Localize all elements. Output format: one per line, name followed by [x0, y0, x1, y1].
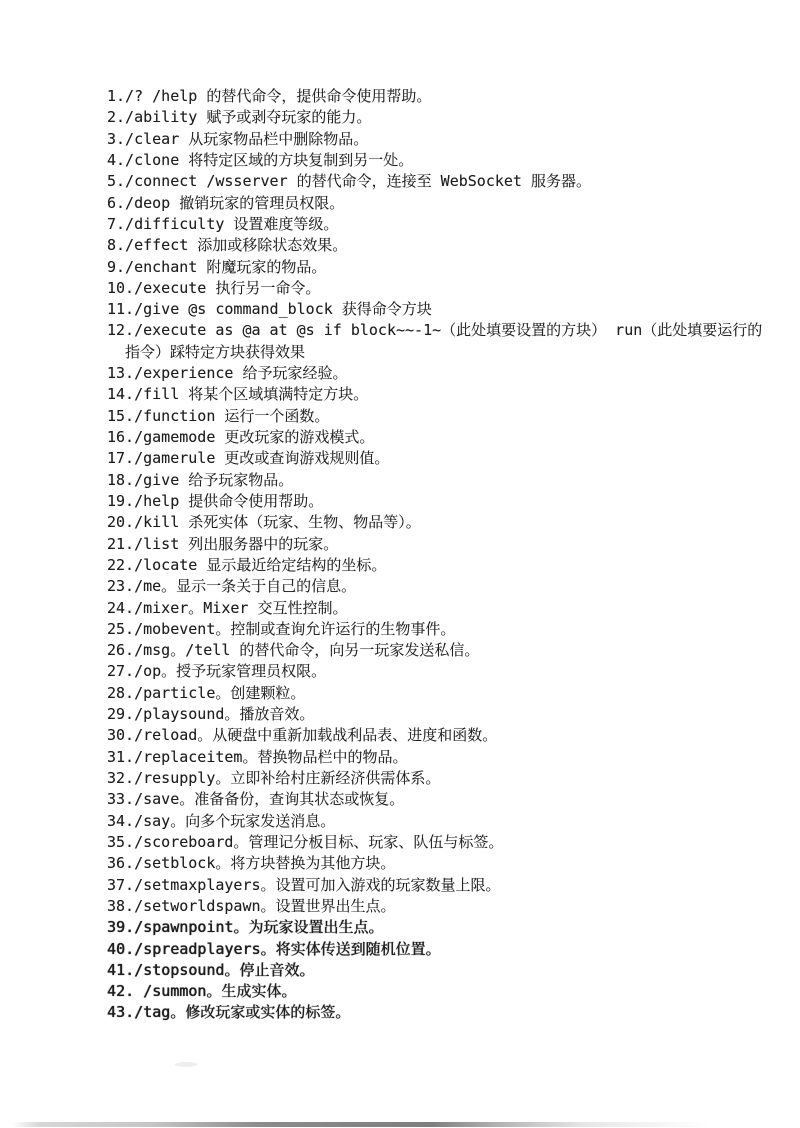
- command-line: 43./tag。修改玩家或实体的标签。: [107, 1002, 760, 1023]
- command-line: 16./gamemode 更改玩家的游戏模式。: [107, 427, 760, 448]
- command-line: 30./reload。从硬盘中重新加载战利品表、进度和函数。: [107, 725, 760, 746]
- command-line: 39./spawnpoint。为玩家设置出生点。: [107, 917, 760, 938]
- command-line: 26./msg。/tell 的替代命令，向另一玩家发送私信。: [107, 640, 760, 661]
- command-line: 19./help 提供命令使用帮助。: [107, 491, 760, 512]
- command-line: 35./scoreboard。管理记分板目标、玩家、队伍与标签。: [107, 832, 760, 853]
- command-line: 15./function 运行一个函数。: [107, 406, 760, 427]
- command-line: 1./? /help 的替代命令，提供命令使用帮助。: [107, 86, 760, 107]
- command-line: 38./setworldspawn。设置世界出生点。: [107, 896, 760, 917]
- scanned-document-page: 1./? /help 的替代命令，提供命令使用帮助。2./ability 赋予或…: [0, 0, 800, 1128]
- command-line: 3./clear 从玩家物品栏中删除物品。: [107, 129, 760, 150]
- command-line: 28./particle。创建颗粒。: [107, 683, 760, 704]
- command-line: 7./difficulty 设置难度等级。: [107, 214, 760, 235]
- page-edge-shadow: [12, 1122, 710, 1127]
- command-line: 18./give 给予玩家物品。: [107, 470, 760, 491]
- scan-smudge: [175, 1062, 197, 1067]
- command-line: 20./kill 杀死实体（玩家、生物、物品等）。: [107, 512, 760, 533]
- command-line: 42. /summon。生成实体。: [107, 981, 760, 1002]
- command-line: 31./replaceitem。替换物品栏中的物品。: [107, 747, 760, 768]
- command-line: 40./spreadplayers。将实体传送到随机位置。: [107, 939, 760, 960]
- command-line: 5./connect /wsserver 的替代命令，连接至 WebSocket…: [107, 171, 760, 192]
- command-line: 32./resupply。立即补给村庄新经济供需体系。: [107, 768, 760, 789]
- command-line: 21./list 列出服务器中的玩家。: [107, 534, 760, 555]
- command-line: 34./say。向多个玩家发送消息。: [107, 811, 760, 832]
- command-line: 6./deop 撤销玩家的管理员权限。: [107, 193, 760, 214]
- command-line: 8./effect 添加或移除状态效果。: [107, 235, 760, 256]
- command-line: 22./locate 显示最近给定结构的坐标。: [107, 555, 760, 576]
- command-line: 29./playsound。播放音效。: [107, 704, 760, 725]
- command-line: 33./save。准备备份，查询其状态或恢复。: [107, 789, 760, 810]
- command-line: 11./give @s command_block 获得命令方块: [107, 299, 760, 320]
- command-line: 12./execute as @a at @s if block~~-1~（此处…: [107, 320, 760, 341]
- command-list: 1./? /help 的替代命令，提供命令使用帮助。2./ability 赋予或…: [107, 86, 760, 1024]
- command-line: 2./ability 赋予或剥夺玩家的能力。: [107, 107, 760, 128]
- command-line: 24./mixer。Mixer 交互性控制。: [107, 598, 760, 619]
- command-line: 41./stopsound。停止音效。: [107, 960, 760, 981]
- command-line: 25./mobevent。控制或查询允许运行的生物事件。: [107, 619, 760, 640]
- command-line: 36./setblock。将方块替换为其他方块。: [107, 853, 760, 874]
- command-line: 27./op。授予玩家管理员权限。: [107, 661, 760, 682]
- command-line: 23./me。显示一条关于自己的信息。: [107, 576, 760, 597]
- command-line-continuation: 指令）踩特定方块获得效果: [107, 342, 760, 363]
- command-line: 9./enchant 附魔玩家的物品。: [107, 257, 760, 278]
- command-line: 4./clone 将特定区域的方块复制到另一处。: [107, 150, 760, 171]
- command-line: 13./experience 给予玩家经验。: [107, 363, 760, 384]
- command-line: 37./setmaxplayers。设置可加入游戏的玩家数量上限。: [107, 875, 760, 896]
- command-line: 17./gamerule 更改或查询游戏规则值。: [107, 448, 760, 469]
- command-line: 10./execute 执行另一命令。: [107, 278, 760, 299]
- command-line: 14./fill 将某个区域填满特定方块。: [107, 384, 760, 405]
